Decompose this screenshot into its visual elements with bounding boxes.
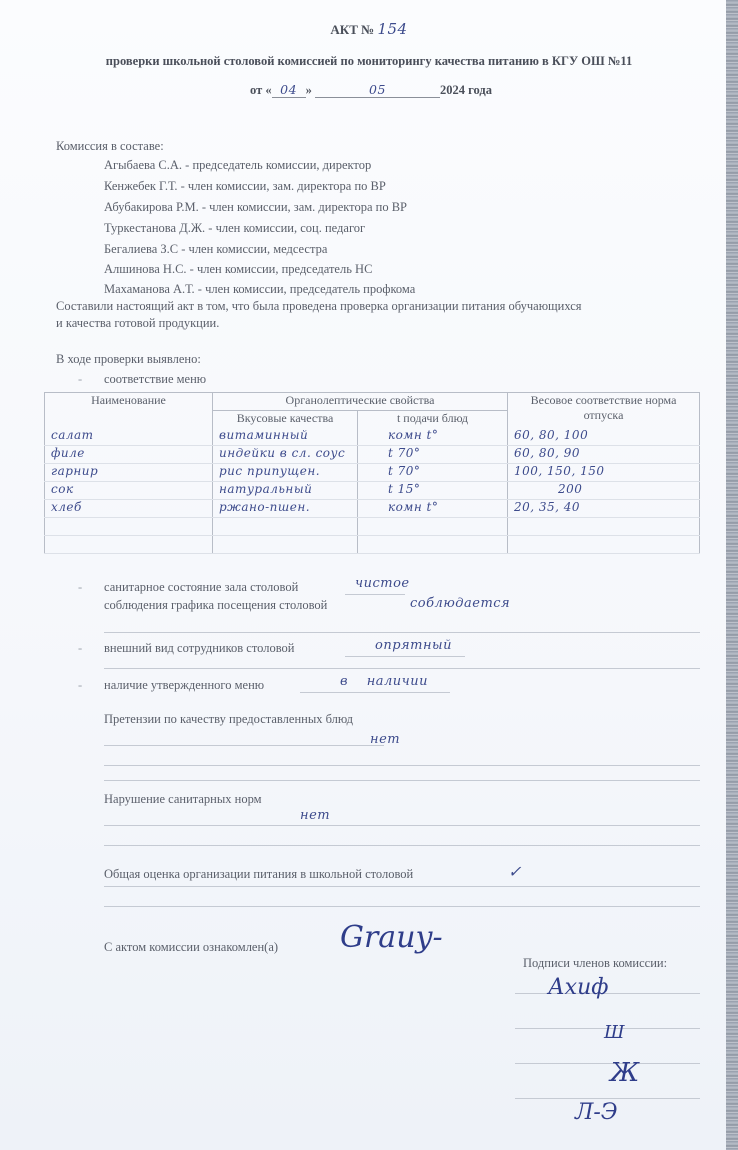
table-row: хлебржано-пшен.комн t°20, 35, 40 (45, 500, 700, 518)
cell-temp: комн t° (358, 428, 508, 446)
cell-weight: 60, 80, 90 (508, 446, 700, 464)
cell-taste (213, 518, 358, 536)
violations-label: Нарушение санитарных норм (104, 792, 262, 807)
table-row: сокнатуральныйt 15°200 (45, 482, 700, 500)
check-sanitary-label: санитарное состояние зала столовой (104, 580, 298, 595)
header-weight: Весовое соответствие норма отпуска (508, 393, 700, 429)
intro-line-1: Составили настоящий акт в том, что была … (56, 299, 582, 314)
act-label: АКТ № (330, 22, 374, 37)
commission-member: Бегалиева З.С - член комиссии, медсестра (104, 242, 327, 257)
cell-temp: t 15° (358, 482, 508, 500)
member-signature: Л-Э (575, 1100, 618, 1125)
cell-name (45, 536, 213, 554)
table-row: филеиндейки в сл. соусt 70°60, 80, 90 (45, 446, 700, 464)
check-schedule-value: соблюдается (410, 596, 510, 611)
cell-taste: натуральный (213, 482, 358, 500)
cell-temp (358, 536, 508, 554)
table-row (45, 536, 700, 554)
check-menu-value: в наличии (340, 674, 428, 689)
cell-temp: комн t° (358, 500, 508, 518)
commission-member: Агыбаева С.А. - председатель комиссии, д… (104, 158, 371, 173)
cell-taste: витаминный (213, 428, 358, 446)
commission-member: Кенжебек Г.Т. - член комиссии, зам. дире… (104, 179, 386, 194)
cell-weight (508, 518, 700, 536)
overall-label: Общая оценка организации питания в школь… (104, 867, 413, 882)
check-sanitary-value: чистое (355, 576, 410, 591)
overall-check-mark-icon: ✓ (508, 862, 522, 881)
cell-taste: индейки в сл. соус (213, 446, 358, 464)
acquainted-label: С актом комиссии ознакомлен(а) (104, 940, 278, 955)
commission-member: Туркестанова Д.Ж. - член комиссии, соц. … (104, 221, 365, 236)
cell-temp: t 70° (358, 446, 508, 464)
header-taste: Вкусовые качества (213, 411, 358, 429)
cell-temp (358, 518, 508, 536)
date-year: 2024 года (440, 83, 492, 97)
findings-menu-item: соответствие меню (104, 372, 206, 387)
cell-weight: 60, 80, 100 (508, 428, 700, 446)
header-temp: t подачи блюд (358, 411, 508, 429)
member-signature: Ж (610, 1058, 639, 1088)
commission-member: Абубакирова Р.М. - член комиссии, зам. д… (104, 200, 407, 215)
cell-name: гарнир (45, 464, 213, 482)
cell-weight: 100, 150, 150 (508, 464, 700, 482)
table-row: салатвитаминныйкомн t°60, 80, 100 (45, 428, 700, 446)
cell-name: хлеб (45, 500, 213, 518)
claims-value: нет (370, 732, 400, 747)
header-name: Наименование (45, 393, 213, 429)
date-day: 04 (272, 82, 306, 98)
table-row (45, 518, 700, 536)
act-subtitle: проверки школьной столовой комиссией по … (0, 54, 738, 69)
paper-binding-edge (726, 0, 738, 1150)
date-prefix: от « (250, 83, 272, 97)
cell-weight (508, 536, 700, 554)
member-signature: Ахиф (548, 975, 608, 1000)
violations-value: нет (300, 808, 330, 823)
cell-weight: 20, 35, 40 (508, 500, 700, 518)
menu-compliance-table: Наименование Органолептические свойства … (44, 392, 700, 554)
check-staff-label: внешний вид сотрудников столовой (104, 641, 294, 656)
check-menu-label: наличие утвержденного меню (104, 678, 264, 693)
header-organoleptic: Органолептические свойства (213, 393, 508, 411)
cell-name (45, 518, 213, 536)
cell-name: салат (45, 428, 213, 446)
acquainted-signature: Grauy- (340, 920, 443, 955)
check-schedule-label: соблюдения графика посещения столовой (104, 598, 327, 613)
date-mid: » (306, 83, 312, 97)
claims-label: Претензии по качеству предоставленных бл… (104, 712, 353, 727)
act-date: от «04» 052024 года (250, 82, 492, 98)
cell-taste (213, 536, 358, 554)
findings-heading: В ходе проверки выявлено: (56, 352, 201, 367)
cell-taste: рис припущен. (213, 464, 358, 482)
document-page: АКТ № 154 проверки школьной столовой ком… (0, 0, 726, 1150)
table-row: гарниррис припущен.t 70°100, 150, 150 (45, 464, 700, 482)
act-number: 154 (377, 20, 407, 38)
commission-heading: Комиссия в составе: (56, 139, 164, 154)
member-signature: Ш (604, 1022, 625, 1043)
cell-name: филе (45, 446, 213, 464)
act-title: АКТ № 154 (0, 20, 738, 38)
cell-taste: ржано-пшен. (213, 500, 358, 518)
signatures-label: Подписи членов комиссии: (523, 956, 667, 971)
intro-line-2: и качества готовой продукции. (56, 316, 219, 331)
check-staff-value: опрятный (375, 638, 452, 653)
commission-member: Махаманова А.Т. - член комиссии, председ… (104, 282, 415, 297)
cell-name: сок (45, 482, 213, 500)
date-month: 05 (315, 82, 440, 98)
cell-temp: t 70° (358, 464, 508, 482)
cell-weight: 200 (508, 482, 700, 500)
commission-member: Алшинова Н.С. - член комиссии, председат… (104, 262, 372, 277)
